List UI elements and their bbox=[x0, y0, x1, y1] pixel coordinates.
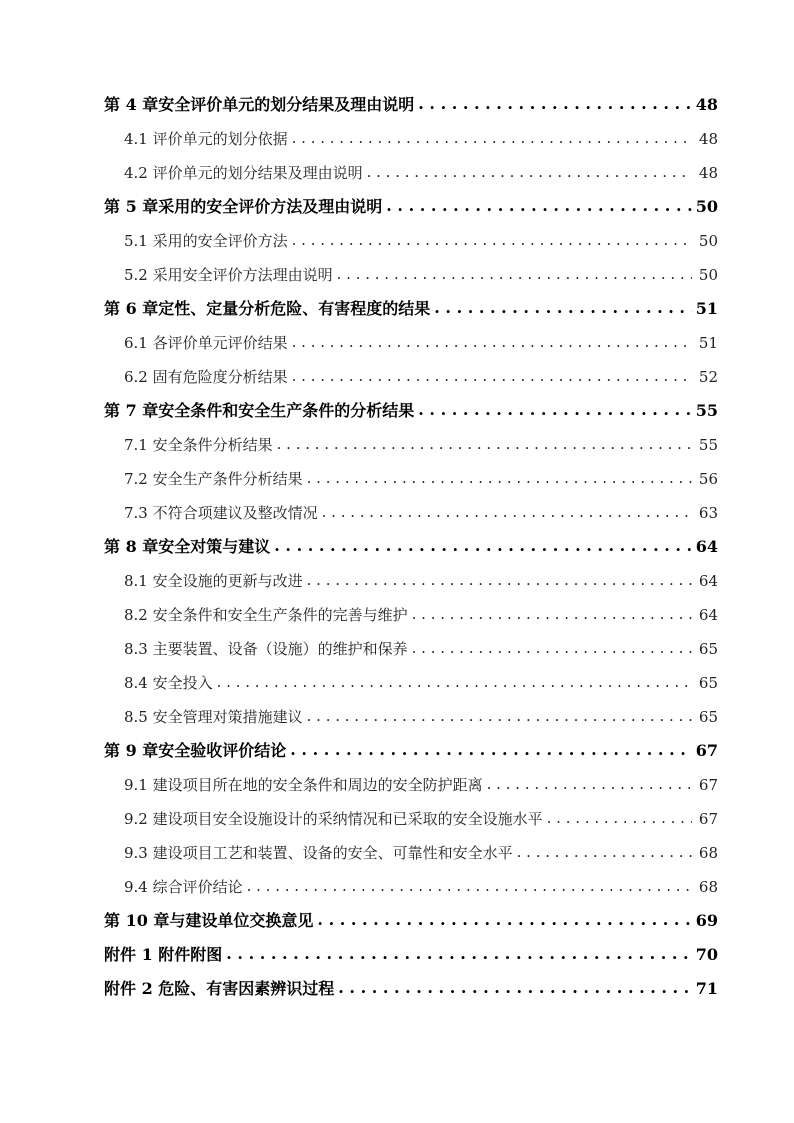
toc-entry-title: 附件 2 危险、有害因素辨识过程 bbox=[104, 976, 334, 1002]
toc-entry-page: 51 bbox=[696, 330, 718, 356]
toc-entry-8-5[interactable]: 8.5 安全管理对策措施建议 65 bbox=[104, 704, 718, 738]
dot-leader bbox=[412, 635, 692, 661]
toc-entry-title: 附件 1 附件附图 bbox=[104, 942, 222, 968]
toc-entry-title: 第 8 章安全对策与建议 bbox=[104, 534, 270, 560]
toc-entry-title: 6.1 各评价单元评价结果 bbox=[124, 330, 288, 356]
toc-entry-title: 第 7 章安全条件和安全生产条件的分析结果 bbox=[104, 398, 414, 424]
toc-entry-title: 8.3 主要装置、设备（设施）的维护和保养 bbox=[124, 636, 408, 662]
dot-leader bbox=[226, 941, 691, 967]
dot-leader bbox=[307, 567, 692, 593]
toc-entry-title: 5.1 采用的安全评价方法 bbox=[124, 228, 288, 254]
dot-leader bbox=[418, 397, 691, 423]
dot-leader bbox=[517, 839, 692, 865]
toc-entry-appendix-2[interactable]: 附件 2 危险、有害因素辨识过程 71 bbox=[104, 976, 718, 1010]
toc-entry-page: 51 bbox=[696, 296, 718, 322]
toc-entry-9-4[interactable]: 9.4 综合评价结论 68 bbox=[104, 874, 718, 908]
toc-entry-page: 55 bbox=[696, 432, 718, 458]
dot-leader bbox=[292, 125, 692, 151]
toc-entry-8-1[interactable]: 8.1 安全设施的更新与改进 64 bbox=[104, 568, 718, 602]
toc-entry-page: 67 bbox=[696, 806, 718, 832]
toc-entry-title: 5.2 采用安全评价方法理由说明 bbox=[124, 262, 333, 288]
dot-leader bbox=[412, 601, 692, 627]
toc-entry-9-3[interactable]: 9.3 建设项目工艺和装置、设备的安全、可靠性和安全水平 68 bbox=[104, 840, 718, 874]
toc-entry-8-4[interactable]: 8.4 安全投入 65 bbox=[104, 670, 718, 704]
toc-entry-page: 50 bbox=[696, 262, 718, 288]
toc-entry-page: 70 bbox=[696, 942, 718, 968]
dot-leader bbox=[290, 737, 691, 763]
toc-entry-5-1[interactable]: 5.1 采用的安全评价方法 50 bbox=[104, 228, 718, 262]
toc-entry-4-2[interactable]: 4.2 评价单元的划分结果及理由说明 48 bbox=[104, 160, 718, 194]
toc-entry-title: 9.1 建设项目所在地的安全条件和周边的安全防护距离 bbox=[124, 772, 483, 798]
toc-entry-page: 52 bbox=[696, 364, 718, 390]
toc-entry-page: 50 bbox=[696, 228, 718, 254]
toc-entry-page: 65 bbox=[696, 704, 718, 730]
toc-entry-page: 69 bbox=[696, 908, 718, 934]
toc-entry-page: 67 bbox=[696, 772, 718, 798]
toc-entry-page: 56 bbox=[696, 466, 718, 492]
toc-entry-title: 第 5 章采用的安全评价方法及理由说明 bbox=[104, 194, 382, 220]
toc-entry-chapter-9[interactable]: 第 9 章安全验收评价结论 67 bbox=[104, 738, 718, 772]
toc-entry-page: 71 bbox=[696, 976, 718, 1002]
toc-entry-chapter-10[interactable]: 第 10 章与建设单位交换意见 69 bbox=[104, 908, 718, 942]
dot-leader bbox=[292, 363, 692, 389]
toc-entry-page: 68 bbox=[696, 874, 718, 900]
toc-entry-title: 第 4 章安全评价单元的划分结果及理由说明 bbox=[104, 92, 414, 118]
toc-entry-9-2[interactable]: 9.2 建设项目安全设施设计的采纳情况和已采取的安全设施水平 67 bbox=[104, 806, 718, 840]
toc-entry-chapter-4[interactable]: 第 4 章安全评价单元的划分结果及理由说明 48 bbox=[104, 92, 718, 126]
toc-entry-5-2[interactable]: 5.2 采用安全评价方法理由说明 50 bbox=[104, 262, 718, 296]
toc-entry-page: 64 bbox=[696, 602, 718, 628]
toc-entry-page: 64 bbox=[696, 534, 718, 560]
toc-entry-title: 9.2 建设项目安全设施设计的采纳情况和已采取的安全设施水平 bbox=[124, 806, 543, 832]
toc-entry-7-3[interactable]: 7.3 不符合项建议及整改情况 63 bbox=[104, 500, 718, 534]
toc-entry-page: 65 bbox=[696, 636, 718, 662]
dot-leader bbox=[322, 499, 692, 525]
toc-entry-title: 8.2 安全条件和安全生产条件的完善与维护 bbox=[124, 602, 408, 628]
toc-entry-chapter-6[interactable]: 第 6 章定性、定量分析危险、有害程度的结果 51 bbox=[104, 296, 718, 330]
toc-entry-title: 8.4 安全投入 bbox=[124, 670, 213, 696]
toc-entry-7-2[interactable]: 7.2 安全生产条件分析结果 56 bbox=[104, 466, 718, 500]
toc-entry-8-3[interactable]: 8.3 主要装置、设备（设施）的维护和保养 65 bbox=[104, 636, 718, 670]
toc-entry-9-1[interactable]: 9.1 建设项目所在地的安全条件和周边的安全防护距离 67 bbox=[104, 772, 718, 806]
dot-leader bbox=[418, 91, 691, 117]
toc-entry-appendix-1[interactable]: 附件 1 附件附图 70 bbox=[104, 942, 718, 976]
toc-entry-page: 63 bbox=[696, 500, 718, 526]
table-of-contents: 第 4 章安全评价单元的划分结果及理由说明 48 4.1 评价单元的划分依据 4… bbox=[104, 92, 718, 1010]
dot-leader bbox=[434, 295, 691, 321]
toc-entry-page: 64 bbox=[696, 568, 718, 594]
toc-entry-4-1[interactable]: 4.1 评价单元的划分依据 48 bbox=[104, 126, 718, 160]
toc-entry-6-2[interactable]: 6.2 固有危险度分析结果 52 bbox=[104, 364, 718, 398]
toc-entry-page: 68 bbox=[696, 840, 718, 866]
toc-entry-page: 55 bbox=[696, 398, 718, 424]
dot-leader bbox=[307, 465, 692, 491]
toc-entry-title: 4.1 评价单元的划分依据 bbox=[124, 126, 288, 152]
dot-leader bbox=[487, 771, 692, 797]
toc-entry-page: 48 bbox=[696, 92, 718, 118]
dot-leader bbox=[338, 975, 691, 1001]
toc-entry-title: 7.1 安全条件分析结果 bbox=[124, 432, 273, 458]
dot-leader bbox=[317, 907, 691, 933]
toc-entry-chapter-8[interactable]: 第 8 章安全对策与建议 64 bbox=[104, 534, 718, 568]
toc-entry-page: 48 bbox=[696, 126, 718, 152]
toc-entry-8-2[interactable]: 8.2 安全条件和安全生产条件的完善与维护 64 bbox=[104, 602, 718, 636]
toc-entry-title: 7.2 安全生产条件分析结果 bbox=[124, 466, 303, 492]
toc-entry-page: 67 bbox=[696, 738, 718, 764]
toc-entry-title: 8.1 安全设施的更新与改进 bbox=[124, 568, 303, 594]
dot-leader bbox=[547, 805, 692, 831]
toc-entry-title: 7.3 不符合项建议及整改情况 bbox=[124, 500, 318, 526]
toc-entry-chapter-5[interactable]: 第 5 章采用的安全评价方法及理由说明 50 bbox=[104, 194, 718, 228]
toc-entry-title: 6.2 固有危险度分析结果 bbox=[124, 364, 288, 390]
dot-leader bbox=[217, 669, 692, 695]
dot-leader bbox=[274, 533, 691, 559]
dot-leader bbox=[277, 431, 692, 457]
toc-entry-6-1[interactable]: 6.1 各评价单元评价结果 51 bbox=[104, 330, 718, 364]
toc-entry-page: 50 bbox=[696, 194, 718, 220]
toc-entry-page: 48 bbox=[696, 160, 718, 186]
dot-leader bbox=[292, 329, 692, 355]
toc-entry-7-1[interactable]: 7.1 安全条件分析结果 55 bbox=[104, 432, 718, 466]
dot-leader bbox=[247, 873, 692, 899]
toc-entry-title: 4.2 评价单元的划分结果及理由说明 bbox=[124, 160, 363, 186]
toc-entry-chapter-7[interactable]: 第 7 章安全条件和安全生产条件的分析结果 55 bbox=[104, 398, 718, 432]
toc-entry-title: 第 10 章与建设单位交换意见 bbox=[104, 908, 313, 934]
toc-entry-page: 65 bbox=[696, 670, 718, 696]
toc-entry-title: 9.4 综合评价结论 bbox=[124, 874, 243, 900]
dot-leader bbox=[386, 193, 691, 219]
dot-leader bbox=[292, 227, 692, 253]
dot-leader bbox=[307, 703, 692, 729]
toc-entry-title: 第 6 章定性、定量分析危险、有害程度的结果 bbox=[104, 296, 430, 322]
toc-entry-title: 第 9 章安全验收评价结论 bbox=[104, 738, 286, 764]
dot-leader bbox=[367, 159, 692, 185]
toc-entry-title: 8.5 安全管理对策措施建议 bbox=[124, 704, 303, 730]
toc-entry-title: 9.3 建设项目工艺和装置、设备的安全、可靠性和安全水平 bbox=[124, 840, 513, 866]
dot-leader bbox=[337, 261, 692, 287]
